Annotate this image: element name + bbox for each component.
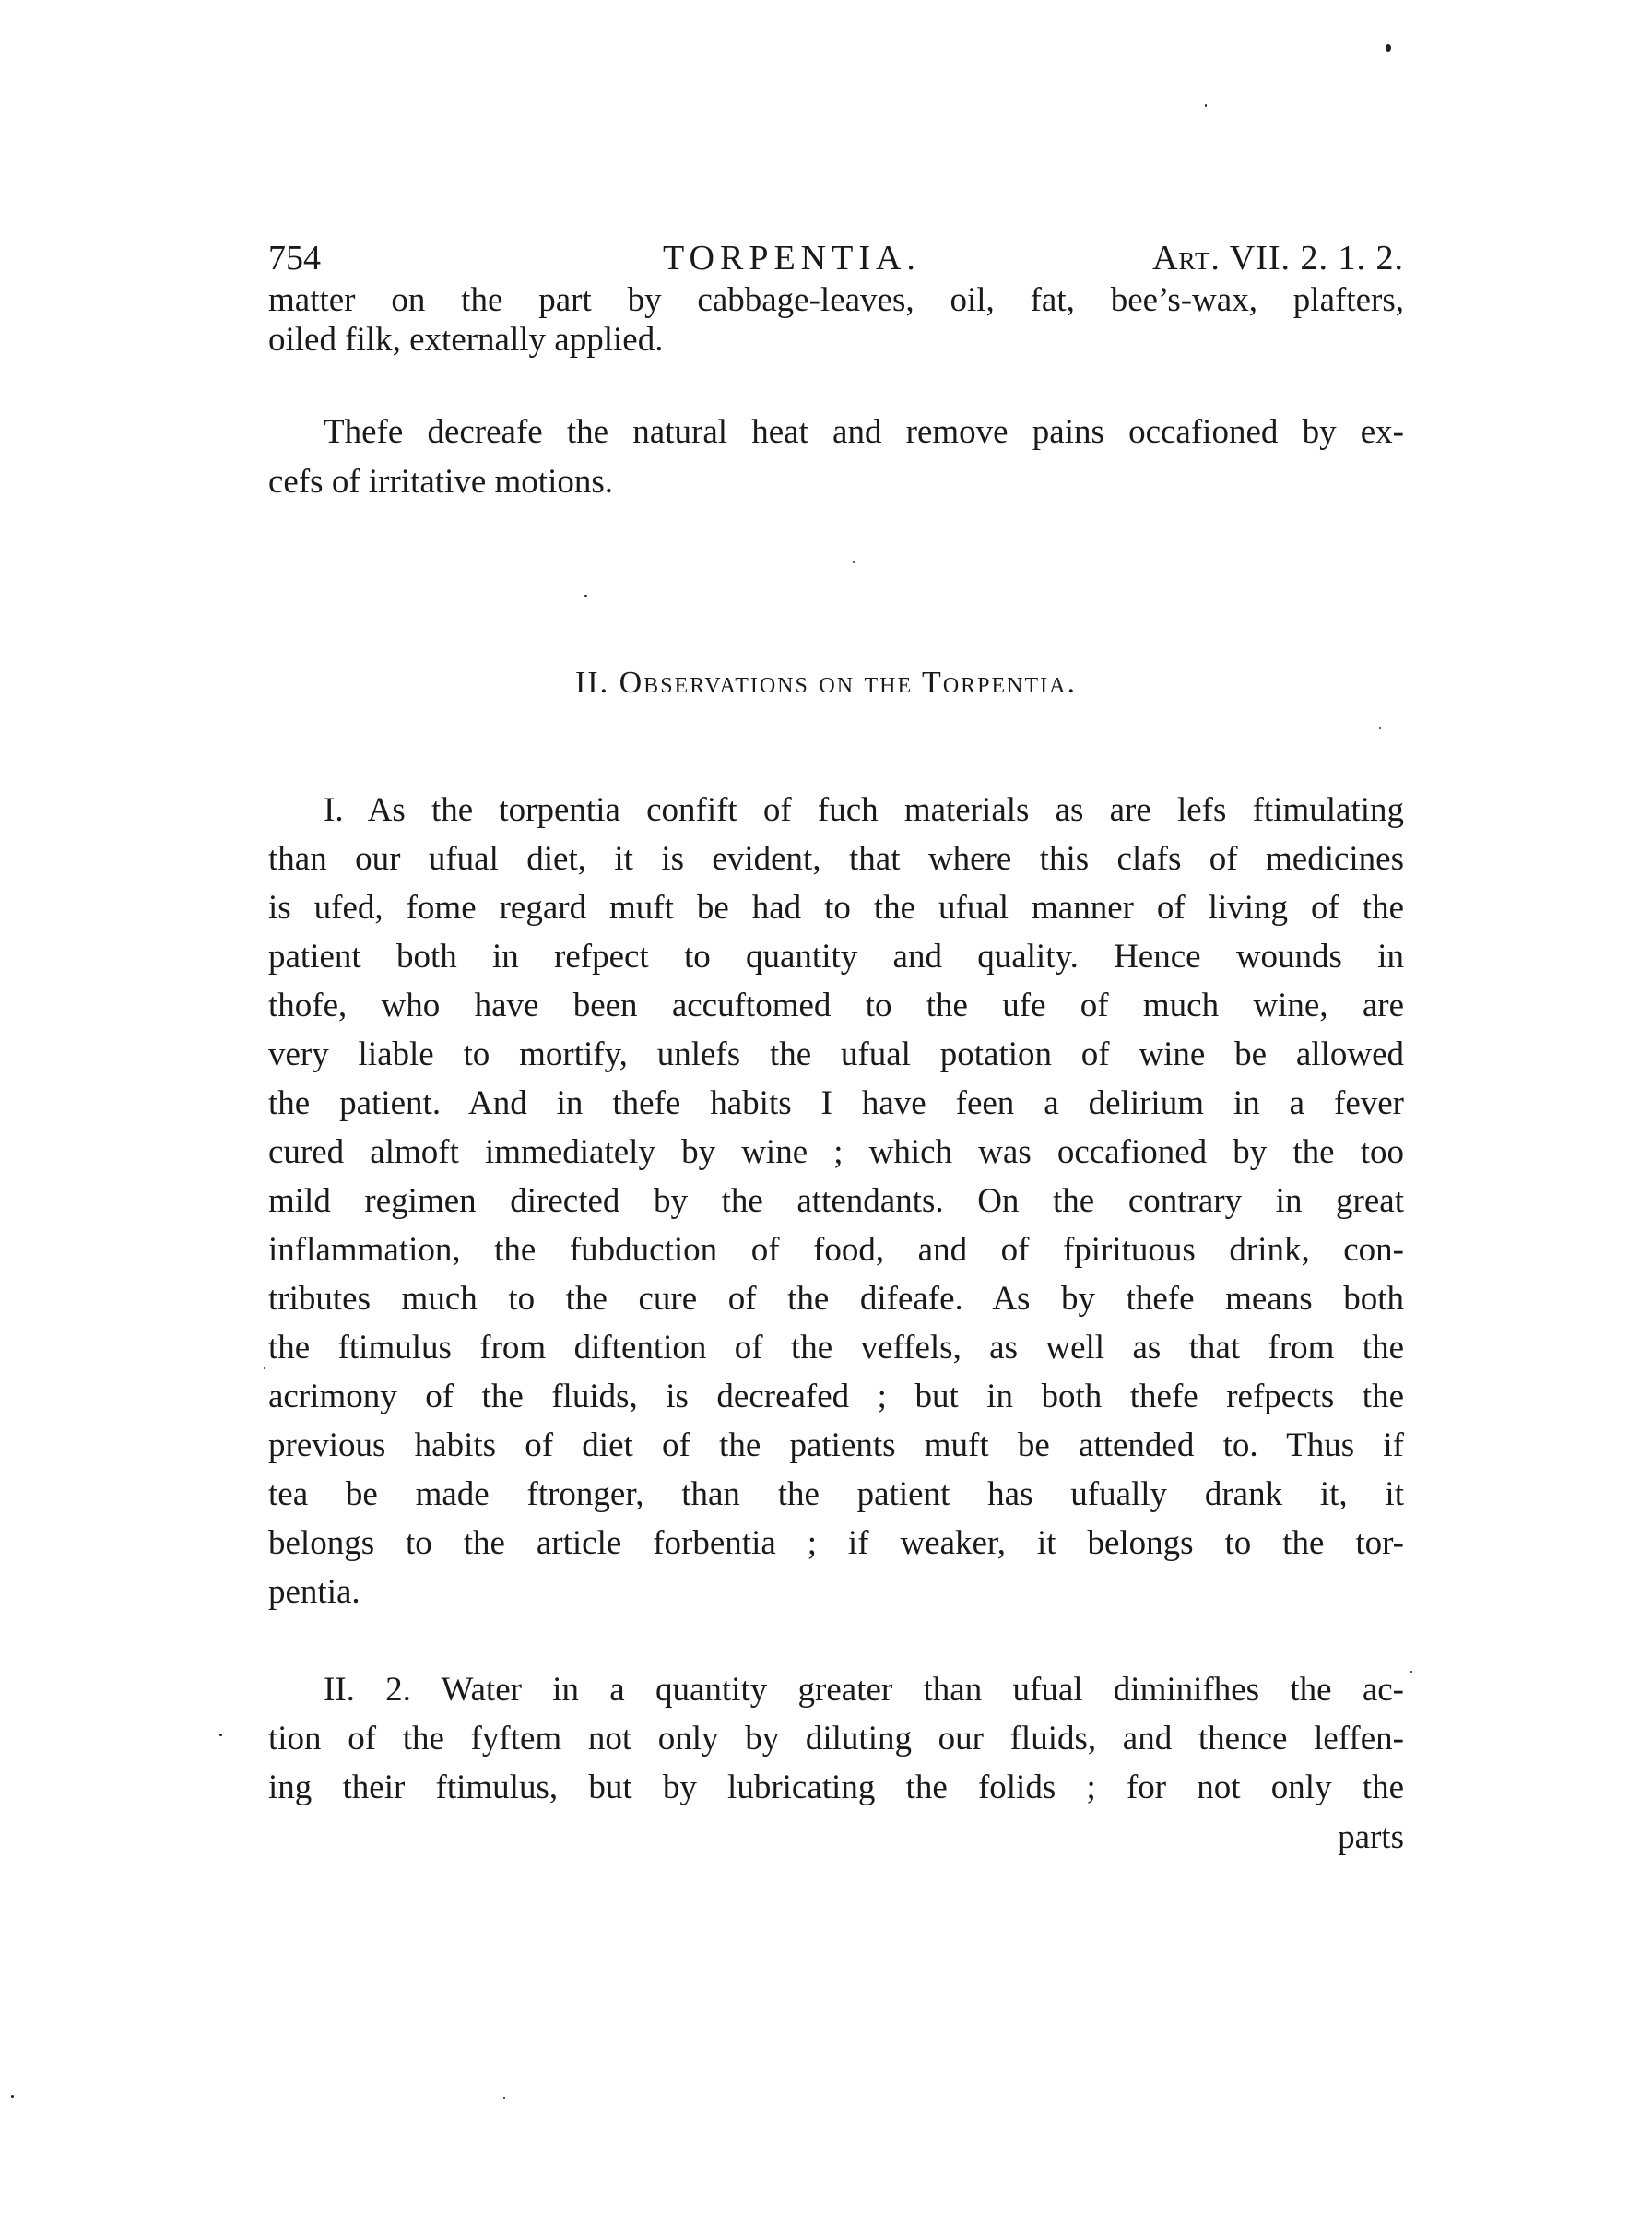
scan-speck — [264, 1367, 265, 1369]
text-line: matter on the part by cabbage-leaves, oi… — [268, 280, 1404, 321]
text-line: ing their ftimulus, but by lubricating t… — [268, 1768, 1404, 1808]
text-line: oiled filk, externally applied. — [268, 320, 1404, 361]
text-line: thofe, who have been accuftomed to the u… — [268, 986, 1404, 1026]
article-reference: Art. VII. 2. 1. 2. — [1152, 238, 1404, 278]
text-line: mild regimen directed by the attendants.… — [268, 1181, 1404, 1222]
catchword: parts — [268, 1817, 1404, 1858]
scan-speck — [1386, 44, 1391, 52]
scan-speck — [11, 2095, 14, 2098]
text-line: tributes much to the cure of the difeafe… — [268, 1279, 1404, 1320]
scan-speck — [1205, 104, 1207, 107]
text-line: very liable to mortify, unlefs the ufual… — [268, 1035, 1404, 1075]
scan-speck — [503, 2097, 505, 2099]
text-line: previous habits of diet of the patients … — [268, 1426, 1404, 1466]
text-line: inflammation, the fubduction of food, an… — [268, 1230, 1404, 1271]
text-line: acrimony of the fluids, is decreafed ; b… — [268, 1377, 1404, 1417]
scan-speck — [584, 595, 587, 597]
running-title: TORPENTIA. — [663, 238, 921, 278]
page-number: 754 — [268, 238, 321, 278]
running-header: 754 TORPENTIA. Art. VII. 2. 1. 2. — [268, 238, 1404, 284]
text-line: belongs to the article forbentia ; if we… — [268, 1523, 1404, 1564]
text-line: II. 2. Water in a quantity greater than … — [268, 1670, 1404, 1710]
text-line: tea be made ftronger, than the patient h… — [268, 1474, 1404, 1515]
scan-speck — [219, 1734, 222, 1736]
text-line: than our ufual diet, it is evident, that… — [268, 839, 1404, 880]
text-line: cured almoft immediately by wine ; which… — [268, 1132, 1404, 1173]
scan-speck — [1410, 1671, 1412, 1673]
text-line: Thefe decreafe the natural heat and remo… — [268, 412, 1404, 453]
text-line: I. As the torpentia confift of fuch mate… — [268, 790, 1404, 831]
scan-speck — [853, 561, 855, 563]
text-line: tion of the fyftem not only by diluting … — [268, 1719, 1404, 1759]
text-line: is ufed, fome regard muft be had to the … — [268, 888, 1404, 929]
text-line: patient both in refpect to quantity and … — [268, 937, 1404, 977]
text-line: the patient. And in thefe habits I have … — [268, 1083, 1404, 1124]
text-line: cefs of irritative motions. — [268, 462, 1404, 503]
section-heading: II. Observations on the Torpentia. — [0, 666, 1652, 701]
text-line: pentia. — [268, 1572, 1404, 1613]
scan-speck — [1379, 727, 1381, 729]
text-line: the ftimulus from diftention of the veff… — [268, 1328, 1404, 1368]
